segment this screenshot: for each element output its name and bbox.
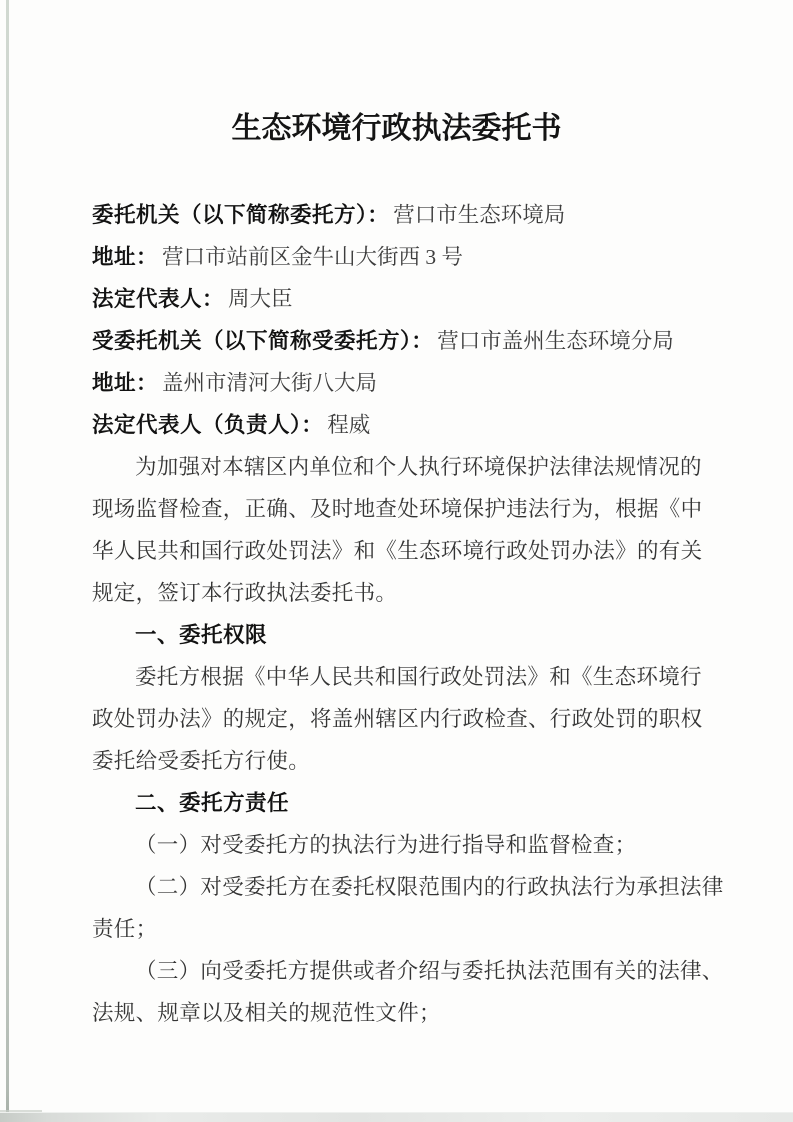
section1-line: 政处罚办法》的规定，将盖州辖区内行政检查、行政处罚的职权 xyxy=(92,698,706,740)
clause-line-3-cont: 法规、规章以及相关的规范性文件； xyxy=(92,992,706,1034)
document-title: 生态环境行政执法委托书 xyxy=(0,103,793,147)
field-entrusting-address: 地址：营口市站前区金牛山大街西 3 号 xyxy=(92,236,706,278)
field-entrusting-agency: 委托机关（以下简称委托方）：营口市生态环境局 xyxy=(92,194,706,236)
clause-line-1: （一）对受委托方的执法行为进行指导和监督检查； xyxy=(92,824,706,866)
field-label: 委托机关（以下简称委托方）： xyxy=(92,203,389,227)
scan-bottom-shadow xyxy=(0,1112,793,1122)
intro-line: 为加强对本辖区内单位和个人执行环境保护法律法规情况的 xyxy=(92,446,706,488)
field-label: 法定代表人： xyxy=(92,287,224,311)
field-label: 地址： xyxy=(92,245,158,269)
field-label: 法定代表人（负责人）： xyxy=(92,413,323,437)
field-entrusted-legal-representative: 法定代表人（负责人）：程威 xyxy=(92,404,706,446)
field-value: 程威 xyxy=(323,413,370,437)
clause-line-2-cont: 责任； xyxy=(92,908,706,950)
field-value: 营口市盖州生态环境分局 xyxy=(433,329,674,353)
intro-line: 现场监督检查，正确、及时地查处环境保护违法行为，根据《中 xyxy=(92,488,706,530)
field-value: 周大臣 xyxy=(224,287,293,311)
field-label: 受委托机关（以下简称受委托方）： xyxy=(92,329,433,353)
intro-line: 华人民共和国行政处罚法》和《生态环境行政处罚办法》的有关 xyxy=(92,530,706,572)
clause-line-3: （三）向受委托方提供或者介绍与委托执法范围有关的法律、 xyxy=(92,950,706,992)
field-entrusted-agency: 受委托机关（以下简称受委托方）：营口市盖州生态环境分局 xyxy=(92,320,706,362)
document-body: 委托机关（以下简称委托方）：营口市生态环境局 地址：营口市站前区金牛山大街西 3… xyxy=(92,194,706,1034)
section1-line: 委托方根据《中华人民共和国行政处罚法》和《生态环境行 xyxy=(92,656,706,698)
scan-edge-artifact xyxy=(6,0,9,1122)
field-entrusting-legal-representative: 法定代表人：周大臣 xyxy=(92,278,706,320)
field-value: 营口市站前区金牛山大街西 3 号 xyxy=(158,245,463,269)
field-value: 盖州市清河大街八大局 xyxy=(158,371,377,395)
field-label: 地址： xyxy=(92,371,158,395)
section-heading-responsibility: 二、委托方责任 xyxy=(92,782,706,824)
clause-line-2: （二）对受委托方在委托权限范围内的行政执法行为承担法律 xyxy=(92,866,706,908)
section1-line: 委托给受委托方行使。 xyxy=(92,740,706,782)
field-entrusted-address: 地址：盖州市清河大街八大局 xyxy=(92,362,706,404)
intro-line: 规定，签订本行政执法委托书。 xyxy=(92,572,706,614)
scanned-document-page: 生态环境行政执法委托书 委托机关（以下简称委托方）：营口市生态环境局 地址：营口… xyxy=(0,0,793,1122)
section-heading-authority: 一、委托权限 xyxy=(92,614,706,656)
field-value: 营口市生态环境局 xyxy=(389,203,565,227)
